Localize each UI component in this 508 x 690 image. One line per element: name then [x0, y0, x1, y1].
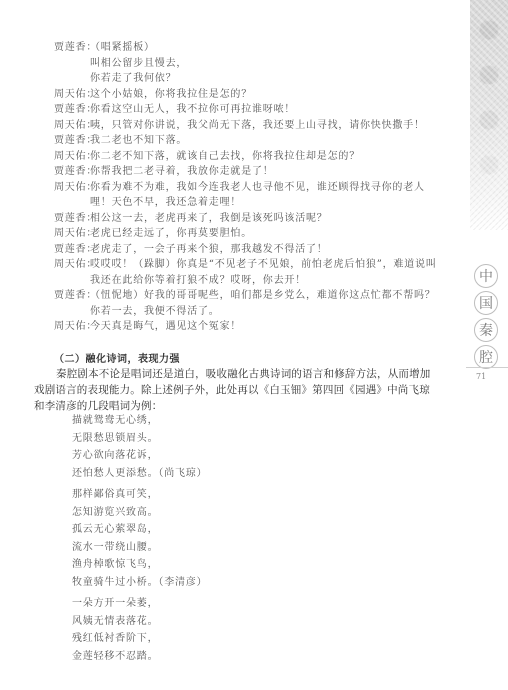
speaker-name: 周天佑：	[54, 87, 90, 103]
speaker-name: 贾莲香：	[54, 102, 90, 118]
speaker-name: 贾莲香：	[54, 242, 90, 258]
dialogue-line: 贾莲香： 相公这一去，老虎再来了，我倒是该死吗该活呢？	[54, 211, 444, 227]
poem-line: 风姨无情表落花。	[72, 613, 158, 631]
title-char-circle: 秦	[474, 318, 498, 342]
poem-line: 孤云无心萦翠岛，	[72, 521, 207, 539]
speech-text: 我二老也不知下落。	[90, 133, 444, 149]
speaker-name: 周天佑：	[54, 319, 90, 335]
speech-text: 咦，只管对你讲说，我父尚无下落，我还要上山寻找，请你快快撒手！	[90, 118, 444, 134]
poem-line: 流水一带绕山腰。	[72, 539, 207, 557]
dialogue-line: 周天佑： 你二老不知下落，就该自己去找，你将我拉住却是怎的？	[54, 149, 444, 165]
poem-line: 还怕愁人更添愁。（尚飞琼）	[72, 465, 207, 483]
book-page: 贾莲香： （唱紧摇板） 叫相公留步且慢去， 你若走了我何依？ 周天佑： 这个小姑…	[0, 0, 508, 690]
speaker-name: 周天佑：	[54, 226, 90, 242]
speaker-name: 贾莲香：	[54, 288, 90, 319]
dialogue-line: 周天佑： 这个小姑娘，你将我拉住是怎的？	[54, 87, 444, 103]
speaker-name: 周天佑：	[54, 257, 90, 288]
poem-stanza: 一朵方开一朵萎， 风姨无情表落花。 残红低衬香阶下， 金莲轻移不忍踏。	[72, 595, 158, 665]
speaker-name: 贾莲香：	[54, 133, 90, 149]
speech-text: 你若走了我何依？	[90, 71, 444, 87]
poem-line: 一朵方开一朵萎，	[72, 595, 158, 613]
dialogue-line: 贾莲香： 我二老也不知下落。	[54, 133, 444, 149]
poem-line: 怎知游览兴致高。	[72, 504, 207, 522]
body-paragraph: 秦腔剧本不论是唱词还是道白，吸收融化古典诗词的语言和修辞方法，从而增加戏剧语言的…	[34, 366, 439, 414]
poem-line: 无限愁思锁眉头。	[72, 430, 207, 448]
dialogue-line: 周天佑： 哎哎哎！（跺脚）你真是“不见老子不见娘，前怕老虎后怕狼”，难道说叫我还…	[54, 257, 444, 288]
poem-stanza: 描就鸳鸯无心绣， 无限愁思锁眉头。 芳心欲向落花诉， 还怕愁人更添愁。（尚飞琼）	[72, 412, 207, 482]
poem-line: 描就鸳鸯无心绣，	[72, 412, 207, 430]
title-char-circle: 腔	[474, 345, 498, 369]
speech-text: 你看这空山无人，我不拉你可再拉谁呀哝！	[90, 102, 444, 118]
speech-text: 今天真是晦气，遇见这个冤家！	[90, 319, 444, 335]
dialogue-line: 你若走了我何依？	[54, 71, 444, 87]
speech-text: 这个小姑娘，你将我拉住是怎的？	[90, 87, 444, 103]
poem-line: 那样鄙俗真可笑，	[72, 486, 207, 504]
dialogue-block: 贾莲香： （唱紧摇板） 叫相公留步且慢去， 你若走了我何依？ 周天佑： 这个小姑…	[54, 40, 444, 335]
poem-line: 芳心欲向落花诉，	[72, 447, 207, 465]
dialogue-line: 贾莲香： （唱紧摇板）	[54, 40, 444, 56]
dialogue-line: 周天佑： 咦，只管对你讲说，我父尚无下落，我还要上山寻找，请你快快撒手！	[54, 118, 444, 134]
speech-text: 叫相公留步且慢去，	[90, 56, 444, 72]
speech-text: 你看为难不为难，我如今连我老人也寻他不见，谁还顾得找寻你的老人哩！天色不早，我还…	[90, 180, 444, 211]
speech-text: 老虎走了，一会子再来个狼，那我越发不得活了！	[90, 242, 444, 258]
speaker-name: 贾莲香：	[54, 164, 90, 180]
speaker-name: 贾莲香：	[54, 40, 90, 56]
speaker-name: 周天佑：	[54, 180, 90, 211]
speech-text: 你帮我把二老寻着，我放你走就是了！	[90, 164, 444, 180]
dialogue-line: 贾莲香： 你帮我把二老寻着，我放你走就是了！	[54, 164, 444, 180]
dialogue-line: 贾莲香： 老虎走了，一会子再来个狼，那我越发不得活了！	[54, 242, 444, 258]
dialogue-line: 周天佑： 你看为难不为难，我如今连我老人也寻他不见，谁还顾得找寻你的老人哩！天色…	[54, 180, 444, 211]
poem-line: 牧童骑牛过小桥。（李清彦）	[72, 574, 207, 592]
poem-line: 金莲轻移不忍踏。	[72, 648, 158, 666]
poem-line: 残红低衬香阶下，	[72, 630, 158, 648]
book-title-vertical: 中 国 秦 腔	[474, 264, 500, 372]
title-char-circle: 国	[474, 291, 498, 315]
speech-text: （忸怩地）好我的哥哥呢些，咱们都是乡党么，难道你这点忙都不帮吗？你若一去，我便不…	[90, 288, 444, 319]
speaker-name: 贾莲香：	[54, 211, 90, 227]
speech-text: 老虎已经走远了，你再莫要胆怕。	[90, 226, 444, 242]
speaker-name: 周天佑：	[54, 149, 90, 165]
page-number: 71	[476, 372, 486, 381]
speaker-name: 周天佑：	[54, 118, 90, 134]
dialogue-line: 贾莲香： （忸怩地）好我的哥哥呢些，咱们都是乡党么，难道你这点忙都不帮吗？你若一…	[54, 288, 444, 319]
dialogue-line: 周天佑： 老虎已经走远了，你再莫要胆怕。	[54, 226, 444, 242]
dialogue-line: 叫相公留步且慢去，	[54, 56, 444, 72]
speech-text: （唱紧摇板）	[90, 40, 444, 56]
poem-line: 渔舟棹歌惊飞鸟，	[72, 556, 207, 574]
dialogue-line: 贾莲香： 你看这空山无人，我不拉你可再拉谁呀哝！	[54, 102, 444, 118]
speech-text: 相公这一去，老虎再来了，我倒是该死吗该活呢？	[90, 211, 444, 227]
speech-text: 哎哎哎！（跺脚）你真是“不见老子不见娘，前怕老虎后怕狼”，难道说叫我还在此给你等…	[90, 257, 444, 288]
decorative-pattern-band	[470, 0, 508, 230]
speech-text: 你二老不知下落，就该自己去找，你将我拉住却是怎的？	[90, 149, 444, 165]
poem-stanza: 那样鄙俗真可笑， 怎知游览兴致高。 孤云无心萦翠岛， 流水一带绕山腰。 渔舟棹歌…	[72, 486, 207, 591]
dialogue-line: 周天佑： 今天真是晦气，遇见这个冤家！	[54, 319, 444, 335]
section-heading: （二）融化诗词，表现力强	[54, 350, 180, 365]
page-number-divider	[466, 367, 508, 368]
title-char-circle: 中	[474, 264, 498, 288]
